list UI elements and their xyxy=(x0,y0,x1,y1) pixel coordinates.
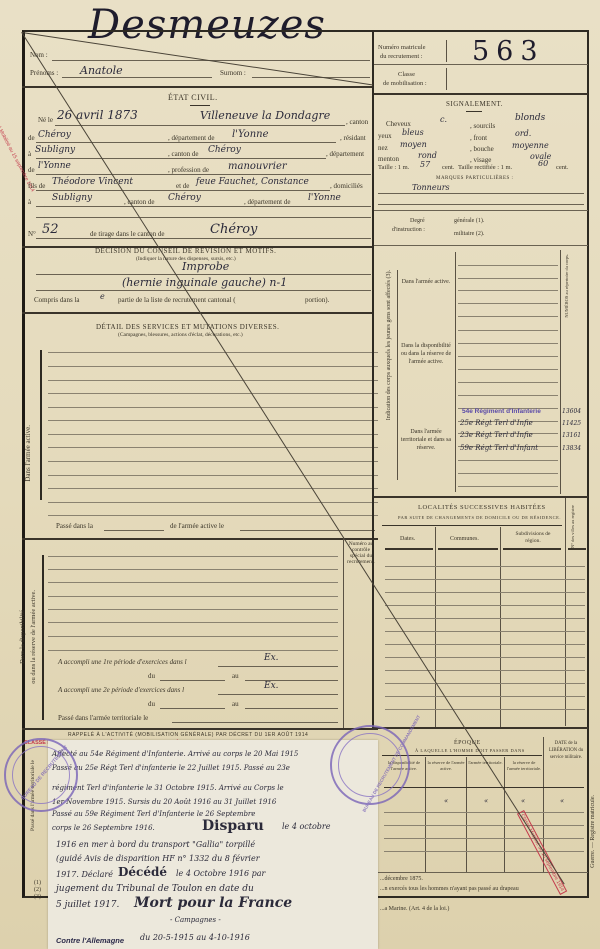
disponibilite-side-label-2: ou dans la réserve de l'armée active. xyxy=(30,590,37,684)
ruled-line xyxy=(36,190,330,191)
divider xyxy=(500,527,501,727)
mobilisation-line-4: 1er Novembre 1915. Sursis du 20 Août 191… xyxy=(52,798,276,806)
document-page: Desmeuzes Classé Mobilisé au 15 septembr… xyxy=(0,0,600,949)
tirage-no: 52 xyxy=(42,222,59,237)
profession-label: , profession de xyxy=(168,166,209,174)
separator xyxy=(22,312,372,314)
disparu-suite: le 4 octobre xyxy=(282,822,330,831)
footnote-marker-2: (2) xyxy=(34,887,41,893)
surnom-label: Surnom : xyxy=(220,69,246,77)
ruled-line xyxy=(160,708,225,709)
fils-de-label: fils de xyxy=(28,182,45,190)
ruled-line xyxy=(378,193,584,194)
ruled-line xyxy=(36,142,336,143)
ruled-line xyxy=(36,174,371,175)
bracket xyxy=(42,555,44,720)
bracket xyxy=(446,40,447,62)
partie-label: partie de la liste de recrutement canton… xyxy=(118,296,236,304)
corps-entry-1: 25e Régt Terl d'Infie xyxy=(460,419,533,427)
ruled-line xyxy=(378,204,584,205)
divider xyxy=(560,250,561,494)
corps-numero-0: 13604 xyxy=(562,408,581,415)
slip-line-2: (guidé Avis de disparition HF n° 1332 du… xyxy=(56,854,260,863)
campagne-typed: Contre l'Allemagne xyxy=(56,936,124,945)
bracket xyxy=(40,350,42,500)
localites-col-communes: Communes. xyxy=(450,536,479,542)
de-label-2: de xyxy=(28,166,35,174)
front-label: , front xyxy=(470,134,487,142)
ruled-line xyxy=(36,274,371,275)
du-label-1: du xyxy=(148,672,155,680)
epoque-col-1: la réserve de l'armée active. xyxy=(427,760,465,772)
ruled-line xyxy=(172,722,338,723)
separator xyxy=(22,728,378,730)
a-label: à xyxy=(28,150,31,158)
menton-label: menton xyxy=(378,155,399,163)
slip-line-3: 1917. Déclaré xyxy=(56,870,113,879)
localites-col-subdivisions: Subdivisions de région. xyxy=(508,531,558,545)
cent-label: cent. xyxy=(442,164,454,171)
disponibilite-side-label-1: Dans la disponibilité xyxy=(19,610,26,664)
departement-label-2: , département xyxy=(326,150,364,158)
du-label-2: du xyxy=(148,700,155,708)
divider xyxy=(343,568,344,728)
marques-value: Tonneurs xyxy=(412,183,450,192)
divider xyxy=(466,757,467,872)
au-label-2: au xyxy=(232,700,239,708)
ruled-line xyxy=(36,238,371,239)
birth-place: Villeneuve la Dondagre xyxy=(200,109,330,122)
passe-dans-label: Passé dans la xyxy=(56,522,93,530)
epoque-value-1: « xyxy=(444,797,448,805)
etat-civil-title: ÉTAT CIVIL. xyxy=(168,93,218,102)
departement-label: , département de xyxy=(168,134,214,142)
yeux-value: bleus xyxy=(402,128,424,137)
mobilisation-line-2: Passé au 25e Régt Terl d'infanterie le 2… xyxy=(52,764,290,772)
ne-le-value: 26 avril 1873 xyxy=(57,108,138,122)
matricule-label-1: Numéro matricule xyxy=(378,44,425,51)
cheveux-value: c. xyxy=(440,115,447,124)
title-underline xyxy=(466,111,482,112)
decede: Décédé xyxy=(118,865,167,879)
periode-2-label: A accompli une 2e période d'exercices da… xyxy=(58,686,184,694)
domicile-canton: Chéroy xyxy=(168,193,201,203)
tirage-canton: Chéroy xyxy=(210,222,257,237)
prenoms-label: Prénoms : xyxy=(30,69,58,77)
birth-departement: l'Yonne xyxy=(232,129,269,140)
de-label: de xyxy=(28,134,35,142)
mort-pour-la-france: Mort pour la France xyxy=(134,895,292,911)
marques-label: MARQUES PARTICULIÈRES : xyxy=(436,176,513,181)
ruled-line xyxy=(104,530,164,531)
recruitment-stamp-left: BUREAU DE RECRUTEMENT xyxy=(4,738,78,812)
departement-label-3: , département de xyxy=(244,198,290,206)
instruction-generale: générale (1). xyxy=(454,218,484,224)
separator xyxy=(374,245,588,246)
classe-label-1: Classe xyxy=(398,71,415,78)
jugement-line: jugement du Tribunal de Toulon en date d… xyxy=(56,884,254,894)
epoque-subtitle: À LAQUELLE L'HOMME DOIT PASSER DANS xyxy=(415,748,525,753)
domicilies-label: , domiciliés xyxy=(330,182,363,190)
corps-entry-2: 23e Régt Terl d'Infie xyxy=(460,431,533,439)
divider xyxy=(565,498,566,726)
father: Théodore Vincent xyxy=(52,177,133,187)
canton-label: , canton xyxy=(346,118,368,126)
localites-subtitle: PAR SUITE DE CHANGEMENTS DE DOMICILE OU … xyxy=(398,515,561,520)
mobilisation-line-5: Passé au 59e Régiment Terl d'Infanterie … xyxy=(52,810,255,818)
domicile: Subligny xyxy=(52,193,92,203)
localites-col-dates: Dates. xyxy=(400,536,415,542)
campagne-dates: du 20-5-1915 au 4-10-1916 xyxy=(140,933,250,942)
bracket xyxy=(446,68,447,90)
campagnes-label: - Campagnes - xyxy=(170,916,221,924)
separator xyxy=(374,93,588,95)
ruled-line xyxy=(160,680,225,681)
ruled-line xyxy=(36,206,371,207)
mobilisation-line-1: Affecté au 54e Régiment d'Infanterie. Ar… xyxy=(52,750,298,758)
taille-label: Taille : 1 m. xyxy=(378,164,409,171)
ruled-line xyxy=(218,694,338,695)
matricule-number: 563 xyxy=(472,36,545,67)
au-label-1: au xyxy=(232,672,239,680)
separator xyxy=(22,86,372,88)
corps-entry-0: 54e Régiment d'Infanterie xyxy=(462,408,541,415)
divider xyxy=(425,757,426,872)
corps-entry-3: 59e Régt Terl d'Infant xyxy=(460,444,538,452)
separator xyxy=(374,64,588,65)
registre-side-label: Guerre. — Registre matricule. xyxy=(590,795,596,868)
corps-side-label: Indication des corps auxquels les jeunes… xyxy=(386,270,392,420)
ruled-line xyxy=(36,217,371,218)
periode-1-value: Ex. xyxy=(264,653,279,663)
corps-reserve-label: Dans la disponibilité ou dans la réserve… xyxy=(398,342,454,366)
revision-decision-1: Improbe xyxy=(182,260,229,273)
prenoms-line xyxy=(62,77,212,78)
bracket xyxy=(397,270,398,480)
ruled-line xyxy=(245,680,338,681)
slip-line-1: 1916 en mer à bord du transport "Gallia"… xyxy=(56,840,255,849)
periode-1-label: A accompli une 1re période d'exercices d… xyxy=(58,658,187,666)
mother: feue Fauchet, Constance xyxy=(196,177,309,187)
territoriale-label: Passé dans l'armée territoriale le xyxy=(58,714,148,722)
prenoms-value: Anatole xyxy=(80,64,123,77)
revision-title: DÉCISION DU CONSEIL DE RÉVISION ET MOTIF… xyxy=(95,247,276,255)
footnote-text-3: ...a Marine. (Art. 4 de la loi.) xyxy=(380,906,449,912)
residence: Subligny xyxy=(35,145,75,155)
birth-canton: Chéroy xyxy=(38,130,71,140)
residence-canton: Chéroy xyxy=(208,145,241,155)
title-underline xyxy=(190,105,210,106)
column-divider xyxy=(372,30,374,728)
ne-le-label: Né le xyxy=(38,116,53,124)
domicile-departement: l'Yonne xyxy=(308,193,341,203)
corps-numero-2: 13161 xyxy=(562,432,581,439)
canton-de-label: , canton de xyxy=(168,150,199,158)
compris-value: e xyxy=(100,292,105,301)
footnote-marker-1: (1) xyxy=(34,880,41,886)
ruled-line xyxy=(36,290,371,291)
tirage-label: de tirage dans le canton de xyxy=(90,230,164,238)
epoque-value-2: « xyxy=(484,797,488,805)
signalement-title: SIGNALEMENT. xyxy=(446,100,503,108)
corps-numero-1: 11425 xyxy=(562,420,581,427)
instruction-militaire: militaire (2). xyxy=(454,231,484,237)
sourcils-label: , sourcils xyxy=(470,122,495,130)
epoque-value-4: « xyxy=(560,797,564,805)
front-value: ord. xyxy=(515,129,531,138)
divider xyxy=(343,538,344,568)
cent-label-2: cent. xyxy=(556,164,568,171)
footnote-text-1: ...décembre 1875. xyxy=(380,876,423,882)
nez-label: nez xyxy=(378,144,388,152)
periode-2-value: Ex. xyxy=(264,681,279,691)
services-subtitle: (Campagnes, blessures, actions d'éclat, … xyxy=(118,332,243,338)
matricule-label-2: du recrutement : xyxy=(380,53,423,60)
visage-label: , visage xyxy=(470,156,491,164)
localites-title: LOCALITÉS SUCCESSIVES HABITÉES xyxy=(418,504,546,511)
a-label-2: à xyxy=(28,198,31,206)
armee-active-le-label: de l'armée active le xyxy=(170,522,224,530)
yeux-label: yeux xyxy=(378,132,392,140)
epoque-col-3: la réserve de l'armée territoriale. xyxy=(506,760,542,772)
corps-numero-3: 13834 xyxy=(562,445,581,452)
surnom-line xyxy=(252,77,370,78)
separator xyxy=(374,496,588,498)
footnote-markers: (1) (2) (3) xyxy=(34,880,48,901)
header-rule xyxy=(384,787,584,788)
compris-label: Compris dans la xyxy=(34,296,80,304)
et-de-label: et de xyxy=(176,182,189,190)
revision-decision-2: (hernie inguinale gauche) n-1 xyxy=(122,276,287,289)
ruled-line xyxy=(36,158,326,159)
armee-active-side-label: Dans l'armée active. xyxy=(24,425,32,482)
mobilisation-line-3: régiment Terl d'infanterie le 31 Octobre… xyxy=(52,784,284,792)
classe-label-2: de mobilisation : xyxy=(383,80,427,87)
bouche-label: , bouche xyxy=(470,145,494,153)
mobilisation-line-6: corps le 26 Septembre 1916. xyxy=(52,824,155,832)
localites-col-4: N° des villes au registre xyxy=(570,505,575,548)
residence-departement: l'Yonne xyxy=(38,161,71,171)
separator xyxy=(22,538,378,540)
residant-label: , résidant xyxy=(340,134,366,142)
services-title: DÉTAIL DES SERVICES ET MUTATIONS DIVERSE… xyxy=(96,323,279,331)
title-rule xyxy=(382,525,562,526)
ruled-line xyxy=(55,125,345,126)
recruitment-stamp-right: BUREAU DE RECRUTEMENT DE COMMANDEMENT xyxy=(330,725,410,805)
separator xyxy=(374,727,588,729)
profession: manouvrier xyxy=(228,161,287,172)
separator xyxy=(374,210,588,211)
tirage-no-label: N° xyxy=(28,230,36,238)
decede-suite: le 4 Octobre 1916 par xyxy=(176,869,265,878)
taille-rectifiee-value: 60 xyxy=(538,159,548,168)
cheveux-label: Cheveux xyxy=(386,120,411,128)
menton-value: rond xyxy=(418,151,437,160)
date-line: 5 juillet 1917. xyxy=(56,900,119,910)
nez-value: moyen xyxy=(400,140,427,149)
epoque-value-3: « xyxy=(521,797,525,805)
footnote-marker-3: (3) xyxy=(34,894,41,900)
instruction-label-2: d'instruction : xyxy=(392,227,425,233)
corps-territoriale-label: Dans l'armée territoriale et dans sa rés… xyxy=(400,428,452,452)
divider xyxy=(435,527,436,727)
divider xyxy=(504,757,505,872)
ruled-line xyxy=(240,530,375,531)
ruled-line xyxy=(218,666,338,667)
disparu: Disparu xyxy=(202,818,264,834)
numeros-label: NUMÉROS au répertoire du corps. xyxy=(564,254,569,318)
ruled-line xyxy=(245,708,338,709)
sourcils-value: blonds xyxy=(515,113,545,123)
portion-label: portion). xyxy=(305,296,329,304)
instruction-label-1: Degré xyxy=(410,218,425,224)
mobilisation-header: RAPPELÉ À L'ACTIVITÉ (MOBILISATION GÉNÉR… xyxy=(68,732,308,738)
bracket xyxy=(455,252,456,492)
corps-active-label: Dans l'armée active. xyxy=(398,278,454,286)
taille-value: 57 xyxy=(420,160,430,169)
taille-rectifiee-label: Taille rectifiée : 1 m. xyxy=(458,164,512,171)
date-liberation-title: DATE de la LIBÉRATION du service militai… xyxy=(546,740,586,761)
bouche-value: moyenne xyxy=(512,141,549,150)
footnote-text-2: ...n exercés tous les hommes n'ayant pas… xyxy=(380,886,519,892)
